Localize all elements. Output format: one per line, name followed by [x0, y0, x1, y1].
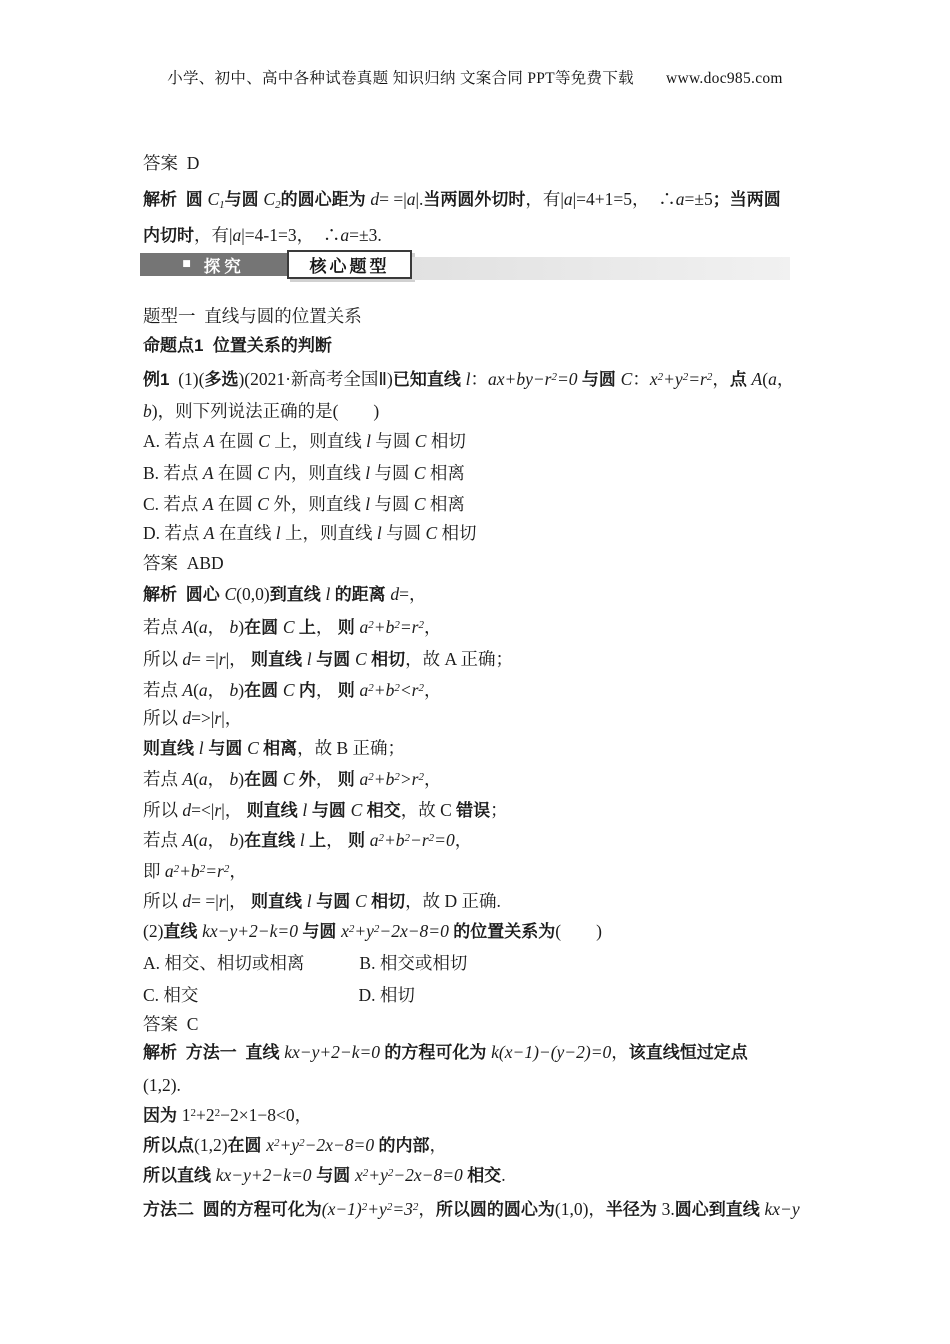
- core-topics-label: 核心题型: [310, 252, 390, 277]
- text-run: 的位置关系为: [453, 922, 555, 941]
- text-run: (1)(: [169, 369, 204, 389]
- text-run: C. 若点: [143, 494, 203, 514]
- text-run: a: [199, 830, 208, 850]
- text-run: C. 相交: [143, 985, 198, 1005]
- text-run: 相切: [371, 892, 405, 911]
- text-run: a: [768, 369, 777, 389]
- text-run: ，: [316, 617, 338, 637]
- text-run: 与圆: [204, 739, 247, 758]
- header-slogan: 小学、初中、高中各种试卷真题 知识归纳 文案合同 PPT等免费下载: [167, 70, 634, 87]
- text-run: ，故 A 正确；: [405, 649, 513, 669]
- text-run: a: [199, 680, 208, 700]
- text-run: 在圆: [214, 463, 258, 483]
- text-run: C: [257, 463, 269, 483]
- text-line: 若点 A(a， b)在圆 C 内， 则 a2+b2<r2，: [143, 677, 441, 704]
- text-run: ：: [471, 369, 489, 389]
- text-run: 12+22−2×1−8<0，: [182, 1105, 312, 1125]
- text-run: 相离: [426, 494, 465, 514]
- text-run: C: [283, 617, 295, 637]
- text-run: d: [390, 584, 399, 604]
- text-line: (2)直线 kx−y+2−k=0 与圆 x2+y2−2x−8=0 的位置关系为(…: [143, 918, 602, 945]
- text-line: 例1 (1)(多选)(2021·新高考全国Ⅱ)已知直线 l：ax+by−r2=0…: [143, 366, 794, 393]
- text-line: C. 相交D. 相切: [143, 982, 415, 1008]
- text-run: A: [203, 463, 214, 483]
- text-line: 所以 d=<|r|， 则直线 l 与圆 C 相交，故 C 错误；: [143, 797, 508, 824]
- text-run: 与圆: [312, 892, 355, 911]
- text-run: = =|: [379, 189, 407, 209]
- text-run: C: [414, 463, 426, 483]
- text-run: (1,2): [194, 1135, 228, 1155]
- text-run: 与圆: [582, 370, 621, 389]
- text-run: =，: [399, 584, 426, 604]
- text-run: ：: [632, 369, 650, 389]
- text-line: D. 若点 A 在直线 l 上，则直线 l 与圆 C 相切: [143, 520, 477, 546]
- text-run: 所以圆的圆心为: [436, 1200, 555, 1219]
- text-line: 解析 方法一 直线 kx−y+2−k=0 的方程可化为 k(x−1)−(y−2)…: [143, 1039, 748, 1066]
- text-run: A. 若点: [143, 431, 204, 451]
- text-run: C: [247, 738, 259, 758]
- text-run: 相切: [426, 431, 465, 451]
- text-line: 则直线 l 与圆 C 相离，故 B 正确；: [143, 735, 405, 762]
- text-run: ，故 B 正确；: [297, 738, 405, 758]
- text-run: 与圆: [312, 650, 355, 669]
- text-run: |=4-1=3， ∴: [241, 225, 340, 245]
- text-line: 因为 12+22−2×1−8<0，: [143, 1102, 312, 1129]
- text-line: 方法二 圆的方程可化为(x−1)2+y2=32，所以圆的圆心为(1,0)，半径为…: [143, 1196, 800, 1223]
- text-run: b: [230, 680, 239, 700]
- text-run: ( ): [555, 921, 602, 941]
- text-run: C: [415, 431, 427, 451]
- text-run: 与圆: [370, 463, 414, 483]
- text-run: [177, 584, 186, 604]
- text-run: r: [219, 891, 226, 911]
- text-run: a2+b2>r2: [360, 769, 424, 789]
- text-run: a2+b2=r2: [360, 617, 424, 637]
- text-run: 3.: [662, 1199, 675, 1219]
- text-run: 所以: [143, 649, 182, 669]
- text-run: 多选: [204, 370, 238, 389]
- text-run: 圆心到直线: [675, 1200, 765, 1219]
- text-run: )，则下列说法正确的是( ): [152, 401, 379, 421]
- text-line: 若点 A(a， b)在圆 C 上， 则 a2+b2=r2，: [143, 614, 441, 641]
- text-run: 则直线: [247, 801, 303, 820]
- text-run: 与圆: [371, 431, 415, 451]
- text-run: ，: [424, 680, 442, 700]
- text-run: [237, 1042, 246, 1062]
- text-run: (0,0): [236, 584, 270, 604]
- text-run: =<|: [191, 800, 214, 820]
- text-run: |，: [226, 649, 251, 669]
- text-run: ，: [316, 680, 338, 700]
- text-line: 所以 d= =|r|， 则直线 l 与圆 C 相切，故 A 正确；: [143, 646, 513, 673]
- text-run: 圆心: [186, 585, 225, 604]
- text-run: 与圆: [302, 922, 341, 941]
- text-run: ；: [490, 800, 508, 820]
- text-run: d: [182, 708, 191, 728]
- text-run: A: [182, 769, 193, 789]
- text-run: 所以: [143, 800, 182, 820]
- text-run: ，: [208, 617, 230, 637]
- text-run: ，: [326, 830, 348, 850]
- text-run: 当两圆外切时: [423, 190, 525, 209]
- text-line: 若点 A(a， b)在圆 C 外， 则 a2+b2>r2，: [143, 766, 441, 793]
- text-run: B. 若点: [143, 463, 203, 483]
- text-run: C: [355, 891, 367, 911]
- text-run: |=4+1=5， ∴: [573, 189, 676, 209]
- text-run: ，: [429, 1135, 447, 1155]
- text-run: 题型一 直线与圆的位置关系: [143, 306, 362, 326]
- text-run: x2+y2−2x−8=0: [266, 1135, 374, 1155]
- text-run: 若点: [143, 617, 182, 637]
- text-run: C: [351, 800, 363, 820]
- text-run: 内，则直线: [269, 463, 365, 483]
- text-run: 已知直线: [393, 370, 466, 389]
- text-run: (1,2).: [143, 1075, 181, 1095]
- text-line: (1,2).: [143, 1072, 181, 1098]
- text-run: C2: [263, 189, 280, 209]
- text-run: 答案 ABD: [143, 553, 224, 573]
- text-run: = =|: [191, 649, 219, 669]
- text-run: 解析: [143, 190, 177, 209]
- text-run: 若点: [143, 830, 182, 850]
- text-run: (2): [143, 921, 163, 941]
- text-run: [177, 189, 186, 209]
- text-run: r: [219, 649, 226, 669]
- text-run: 则: [338, 618, 360, 637]
- text-run: 在圆: [228, 1136, 267, 1155]
- text-run: 则: [338, 770, 360, 789]
- text-run: 相切: [437, 523, 476, 543]
- text-line: 内切时，有|a|=4-1=3， ∴a=±3.: [143, 222, 382, 249]
- text-run: 上，则直线: [270, 431, 366, 451]
- text-run: 上: [299, 618, 316, 637]
- text-line: 答案 D: [143, 150, 199, 176]
- text-run: 错误: [456, 801, 490, 820]
- text-run: b: [230, 769, 239, 789]
- text-run: 答案 C: [143, 1014, 198, 1034]
- text-run: 上: [309, 831, 326, 850]
- text-run: 直线: [246, 1043, 285, 1062]
- text-run: |，: [226, 891, 251, 911]
- text-run: a: [233, 225, 242, 245]
- explore-label: 探究: [204, 253, 245, 277]
- text-run: = =|: [191, 891, 219, 911]
- text-run: 的方程可化为: [384, 1043, 491, 1062]
- text-run: A: [182, 830, 193, 850]
- text-run: kx−y+2−k=0: [284, 1042, 380, 1062]
- text-run: 所以直线: [143, 1166, 216, 1185]
- text-run: 外: [299, 770, 316, 789]
- text-run: ；当两圆: [713, 190, 781, 209]
- text-run: a: [199, 769, 208, 789]
- text-run: C: [425, 523, 437, 543]
- text-run: kx−y+2−k=0: [202, 921, 298, 941]
- text-run: a2+b2=r2: [165, 861, 229, 881]
- text-run: kx−y: [765, 1199, 800, 1219]
- text-run: A. 相交、相切或相离: [143, 953, 304, 973]
- text-run: 则直线: [143, 739, 199, 758]
- page-header: 小学、初中、高中各种试卷真题 知识归纳 文案合同 PPT等免费下载www.doc…: [0, 66, 950, 88]
- text-run: B. 相交或相切: [359, 953, 467, 973]
- text-run: 则直线: [251, 892, 307, 911]
- text-run: A: [752, 369, 763, 389]
- text-run: 的圆心距为: [281, 190, 371, 209]
- text-run: (1,0)，: [555, 1199, 606, 1219]
- text-run: ，: [777, 369, 795, 389]
- text-run: 在圆: [244, 618, 283, 637]
- text-run: 即: [143, 861, 165, 881]
- text-run: C: [258, 431, 270, 451]
- text-line: 答案 ABD: [143, 550, 224, 576]
- text-run: =>|: [191, 708, 214, 728]
- text-run: a: [340, 225, 349, 245]
- text-run: 的距离: [335, 585, 391, 604]
- text-run: ，: [229, 861, 247, 881]
- text-run: ，: [208, 680, 230, 700]
- text-run: 相切: [371, 650, 405, 669]
- text-run: 则: [338, 681, 360, 700]
- text-run: 相交: [367, 801, 401, 820]
- text-run: 到直线: [270, 585, 326, 604]
- document-page: 小学、初中、高中各种试卷真题 知识归纳 文案合同 PPT等免费下载www.doc…: [0, 0, 950, 1344]
- text-run: d: [370, 189, 379, 209]
- text-run: C: [283, 680, 295, 700]
- text-run: 方法二: [143, 1200, 194, 1219]
- text-run: 所以点: [143, 1136, 194, 1155]
- text-run: A: [182, 617, 193, 637]
- text-run: 所以: [143, 708, 182, 728]
- text-run: 若点: [143, 680, 182, 700]
- text-run: ，: [611, 1042, 629, 1062]
- text-line: 所以点(1,2)在圆 x2+y2−2x−8=0 的内部，: [143, 1132, 447, 1159]
- text-run: ，有|: [525, 189, 564, 209]
- text-run: C: [224, 584, 236, 604]
- text-run: 相离: [426, 463, 465, 483]
- text-run: 解析: [143, 1043, 177, 1062]
- text-run: ，: [712, 369, 730, 389]
- banner-gradient-bar: [412, 257, 790, 280]
- text-run: |，: [221, 800, 246, 820]
- text-run: 则直线: [251, 650, 307, 669]
- text-run: 点: [730, 370, 752, 389]
- text-run: 与圆: [307, 801, 350, 820]
- text-run: C1: [207, 189, 224, 209]
- text-run: 外，则直线: [269, 494, 365, 514]
- text-run: 因为: [143, 1106, 182, 1125]
- text-run: A: [204, 431, 215, 451]
- text-run: 相离: [263, 739, 297, 758]
- text-line: b)，则下列说法正确的是( ): [143, 398, 379, 424]
- text-line: 所以 d=>|r|，: [143, 705, 242, 731]
- text-run: )(2021·新高考全国Ⅱ): [238, 369, 392, 389]
- square-bullet-icon: ■: [182, 260, 191, 269]
- text-run: A: [204, 523, 215, 543]
- text-run: =±3.: [349, 225, 382, 245]
- text-run: 例1: [143, 370, 169, 389]
- text-run: C: [355, 649, 367, 669]
- text-line: 答案 C: [143, 1011, 198, 1037]
- text-run: [194, 1199, 203, 1219]
- text-run: 相交: [467, 1166, 501, 1185]
- text-line: B. 若点 A 在圆 C 内，则直线 l 与圆 C 相离: [143, 460, 465, 486]
- text-run: C: [257, 494, 269, 514]
- text-run: b: [143, 401, 152, 421]
- text-run: [177, 1042, 186, 1062]
- text-run: 与圆: [225, 190, 264, 209]
- text-run: 答案 D: [143, 153, 199, 173]
- text-run: 命题点1 位置关系的判断: [143, 336, 332, 355]
- text-run: 在圆: [214, 431, 258, 451]
- text-run: 若点: [143, 769, 182, 789]
- text-line: A. 若点 A 在圆 C 上，则直线 l 与圆 C 相切: [143, 428, 466, 454]
- explore-label-box: ■ 探究: [140, 253, 287, 276]
- text-run: ，故 C: [401, 800, 456, 820]
- text-run: ，故 D 正确.: [405, 891, 501, 911]
- text-run: 所以: [143, 891, 182, 911]
- text-run: 半径为: [606, 1200, 662, 1219]
- text-run: b: [230, 617, 239, 637]
- text-line: 题型一 直线与圆的位置关系: [143, 303, 362, 329]
- text-run: 与圆: [370, 494, 414, 514]
- text-run: 方法一: [186, 1043, 237, 1062]
- text-line: 即 a2+b2=r2，: [143, 858, 247, 884]
- text-run: d: [182, 800, 191, 820]
- text-run: 解析: [143, 585, 177, 604]
- text-run: 与圆: [382, 523, 426, 543]
- text-run: 上，则直线: [281, 523, 377, 543]
- text-run: D. 相切: [358, 985, 414, 1005]
- text-run: 该直线恒过定点: [629, 1043, 748, 1062]
- header-url: www.doc985.com: [666, 70, 783, 87]
- text-run: C: [283, 769, 295, 789]
- text-line: C. 若点 A 在圆 C 外，则直线 l 与圆 C 相离: [143, 491, 465, 517]
- text-run: |，: [221, 708, 242, 728]
- text-run: ，: [208, 769, 230, 789]
- text-run: a2+b2<r2: [360, 680, 424, 700]
- text-run: ax+by−r2=0: [488, 369, 578, 389]
- text-line: A. 相交、相切或相离B. 相交或相切: [143, 950, 467, 976]
- text-run: (x−1)2+y2=32: [322, 1199, 419, 1219]
- text-run: x2+y2=r2: [650, 369, 712, 389]
- text-run: ，: [424, 769, 442, 789]
- text-line: 若点 A(a， b)在直线 l 上， 则 a2+b2−r2=0，: [143, 827, 472, 854]
- text-run: 在直线: [214, 523, 275, 543]
- text-run: A: [203, 494, 214, 514]
- text-run: C: [621, 369, 633, 389]
- text-line: 所以直线 kx−y+2−k=0 与圆 x2+y2−2x−8=0 相交.: [143, 1162, 506, 1189]
- text-run: 与圆: [312, 1166, 355, 1185]
- text-line: 解析 圆 C1与圆 C2的圆心距为 d= =|a|.当两圆外切时，有|a|=4+…: [143, 186, 781, 213]
- text-run: x2+y2−2x−8=0: [341, 921, 449, 941]
- text-run: a: [564, 189, 573, 209]
- text-run: =±5: [684, 189, 712, 209]
- text-run: 在圆: [244, 681, 283, 700]
- core-topics-tab: 核心题型: [287, 250, 412, 279]
- text-run: d: [182, 891, 191, 911]
- text-run: ，: [424, 617, 442, 637]
- text-run: 内: [299, 681, 316, 700]
- text-run: 则: [348, 831, 370, 850]
- text-run: ，有|: [194, 225, 233, 245]
- text-run: a2+b2−r2=0: [370, 830, 455, 850]
- text-run: 内切时: [143, 226, 194, 245]
- text-run: 在圆: [244, 770, 283, 789]
- text-run: kx−y+2−k=0: [216, 1165, 312, 1185]
- text-run: ，: [316, 769, 338, 789]
- text-run: C: [414, 494, 426, 514]
- text-run: x2+y2−2x−8=0: [355, 1165, 463, 1185]
- text-run: ，: [208, 830, 230, 850]
- text-run: ，: [455, 830, 473, 850]
- text-run: A: [182, 680, 193, 700]
- text-run: 的内部: [378, 1136, 429, 1155]
- text-run: 圆的方程可化为: [203, 1200, 322, 1219]
- text-run: d: [182, 649, 191, 669]
- text-run: 在圆: [214, 494, 258, 514]
- text-run: ，: [418, 1199, 436, 1219]
- text-run: .: [501, 1165, 505, 1185]
- text-line: 命题点1 位置关系的判断: [143, 332, 332, 359]
- text-run: 圆: [186, 190, 208, 209]
- text-run: k(x−1)−(y−2)=0: [491, 1042, 611, 1062]
- text-run: 在直线: [244, 831, 300, 850]
- text-run: 直线: [163, 922, 202, 941]
- text-run: b: [230, 830, 239, 850]
- text-run: D. 若点: [143, 523, 204, 543]
- text-run: a: [199, 617, 208, 637]
- text-line: 解析 圆心 C(0,0)到直线 l 的距离 d=，: [143, 581, 427, 608]
- text-line: 所以 d= =|r|， 则直线 l 与圆 C 相切，故 D 正确.: [143, 888, 501, 915]
